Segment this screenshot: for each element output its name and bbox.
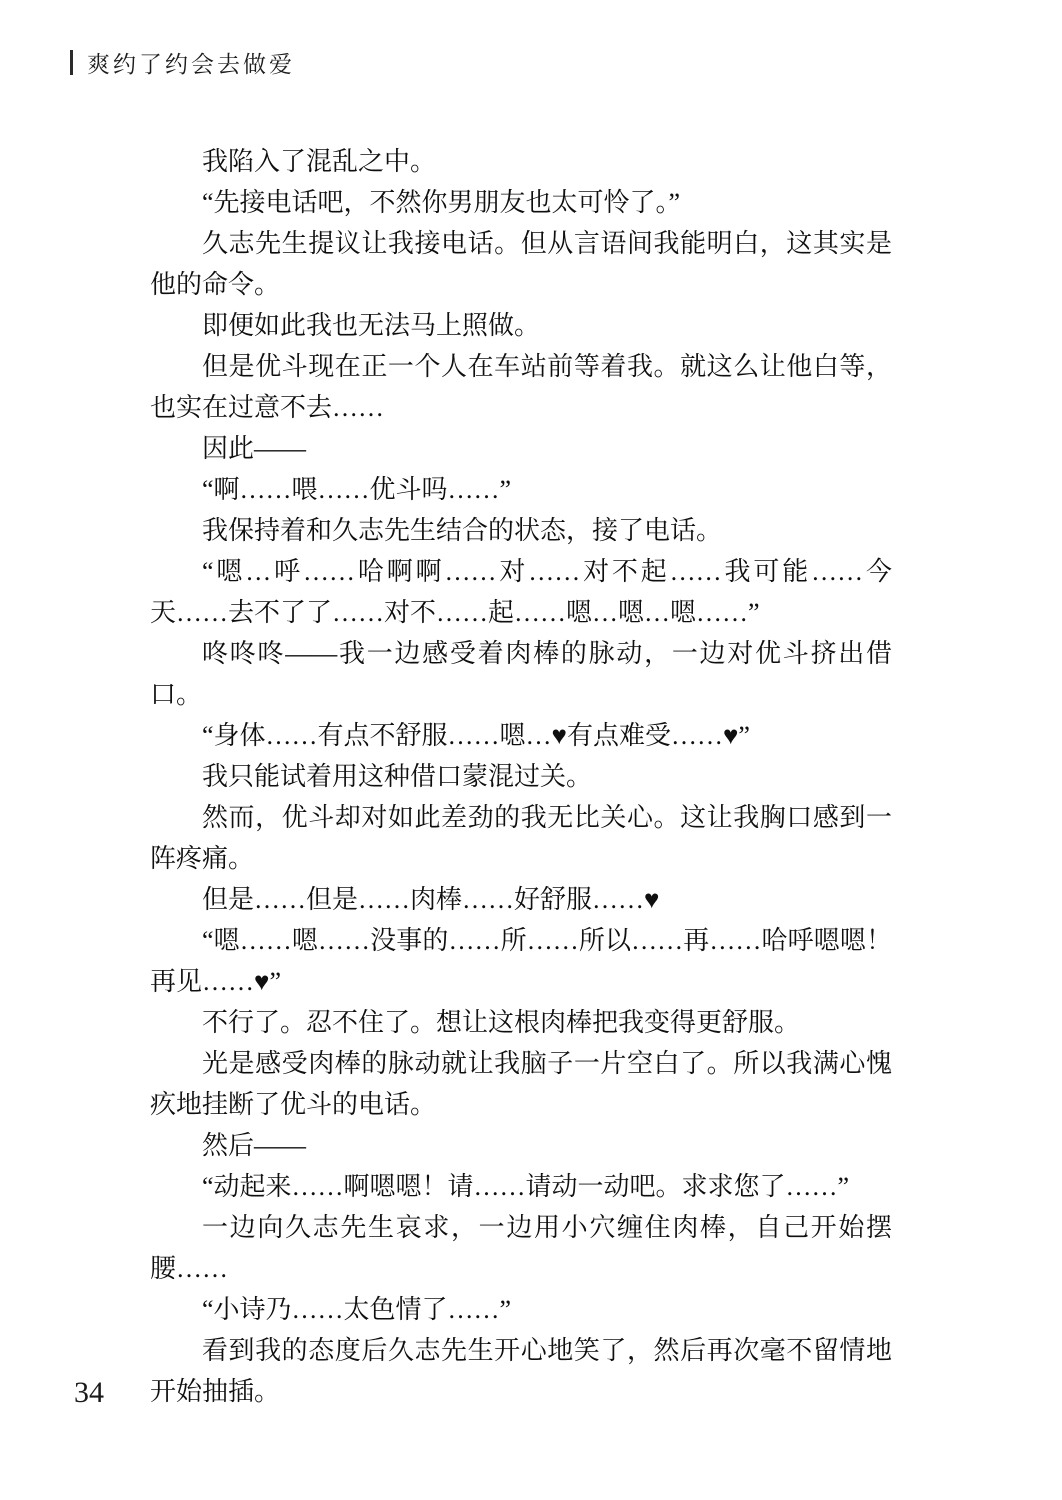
paragraph: 我只能试着用这种借口蒙混过关。 [150,756,892,797]
paragraph: 久志先生提议让我接电话。但从言语间我能明白，这其实是他的命令。 [150,223,892,305]
paragraph: 我保持着和久志先生结合的状态，接了电话。 [150,510,892,551]
paragraph: 不行了。忍不住了。想让这根肉棒把我变得更舒服。 [150,1002,892,1043]
paragraph: 一边向久志先生哀求，一边用小穴缠住肉棒，自己开始摆腰…… [150,1207,892,1289]
paragraph: 咚咚咚——我一边感受着肉棒的脉动，一边对优斗挤出借口。 [150,633,892,715]
running-header: 爽约了约会去做爱 [70,46,295,79]
paragraph: 光是感受肉棒的脉动就让我脑子一片空白了。所以我满心愧疚地挂断了优斗的电话。 [150,1043,892,1125]
paragraph: “动起来……啊嗯嗯！请……请动一动吧。求求您了……” [150,1166,892,1207]
paragraph: 但是优斗现在正一个人在车站前等着我。就这么让他白等，也实在过意不去…… [150,346,892,428]
chapter-title: 爽约了约会去做爱 [87,46,295,79]
body-text: 我陷入了混乱之中。 “先接电话吧，不然你男朋友也太可怜了。” 久志先生提议让我接… [150,141,892,1412]
page-number: 34 [74,1376,104,1409]
paragraph: 看到我的态度后久志先生开心地笑了，然后再次毫不留情地开始抽插。 [150,1330,892,1412]
page-footer: 34 [74,1376,104,1410]
paragraph: 我陷入了混乱之中。 [150,141,892,182]
paragraph: “身体……有点不舒服……嗯…♥有点难受……♥” [150,715,892,756]
paragraph: “嗯…呼……哈啊啊……对……对不起……我可能……今天……去不了了……对不……起…… [150,551,892,633]
paragraph: “啊……喂……优斗吗……” [150,469,892,510]
paragraph: “先接电话吧，不然你男朋友也太可怜了。” [150,182,892,223]
paragraph: “小诗乃……太色情了……” [150,1289,892,1330]
header-divider-bar [70,50,73,75]
paragraph: 因此—— [150,428,892,469]
paragraph: 即便如此我也无法马上照做。 [150,305,892,346]
paragraph: “嗯……嗯……没事的……所……所以……再……哈呼嗯嗯！再见……♥” [150,920,892,1002]
paragraph: 然而，优斗却对如此差劲的我无比关心。这让我胸口感到一阵疼痛。 [150,797,892,879]
paragraph: 但是……但是……肉棒……好舒服……♥ [150,879,892,920]
paragraph: 然后—— [150,1125,892,1166]
book-page: 爽约了约会去做爱 我陷入了混乱之中。 “先接电话吧，不然你男朋友也太可怜了。” … [0,0,1062,1500]
